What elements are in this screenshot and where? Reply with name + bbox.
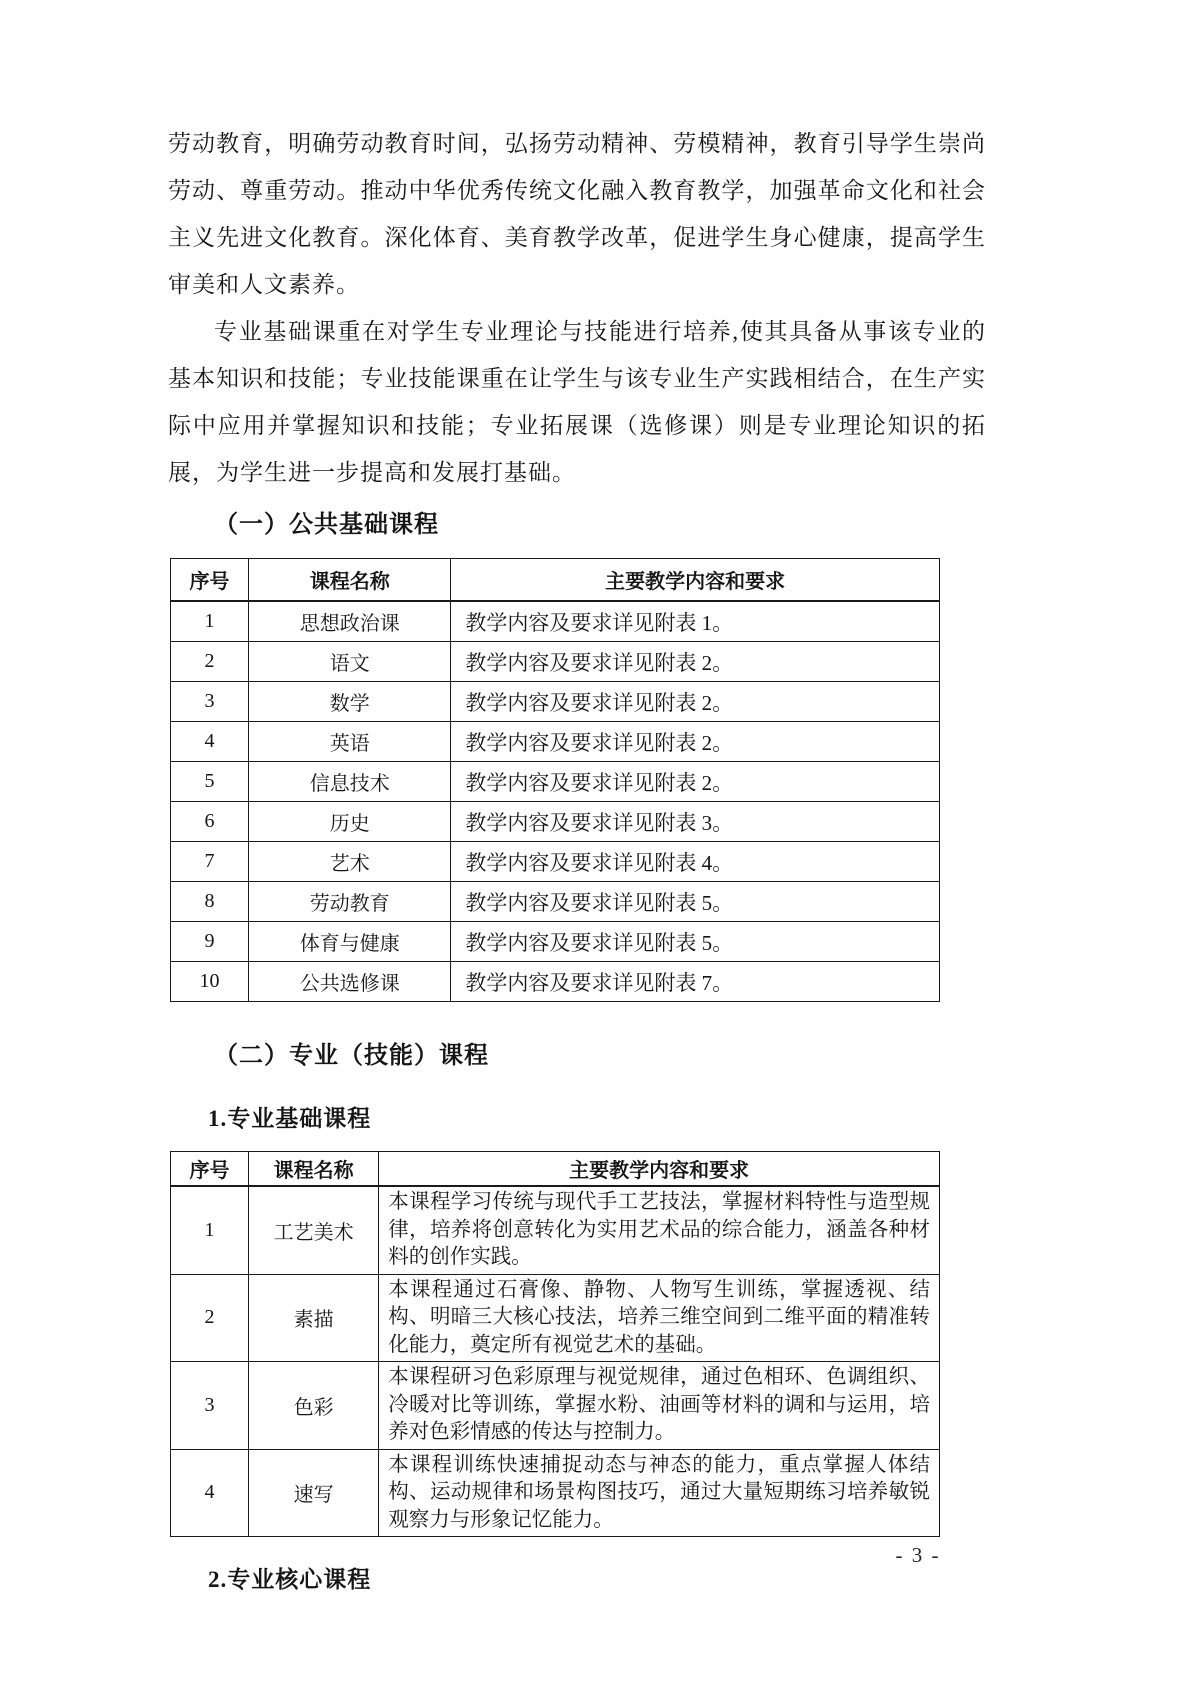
table-row: 3 色彩 本课程研习色彩原理与视觉规律，通过色相环、色调组织、冷暖对比等训练，掌… [171,1362,940,1450]
course-content: 教学内容及要求详见附表 1。 [451,601,940,642]
col-header-content: 主要教学内容和要求 [451,559,940,602]
col-header-course-name: 课程名称 [249,1152,379,1187]
course-index: 5 [171,762,249,802]
course-content: 教学内容及要求详见附表 7。 [451,962,940,1002]
course-content: 教学内容及要求详见附表 2。 [451,762,940,802]
course-index: 1 [171,601,249,642]
course-index: 2 [171,1274,249,1362]
paragraph-professional-courses: 专业基础课重在对学生专业理论与技能进行培养,使其具备从事该专业的基本知识和技能；… [168,308,986,496]
col-header-index: 序号 [171,559,249,602]
table-header: 序号 课程名称 主要教学内容和要求 [171,559,940,602]
course-content: 教学内容及要求详见附表 2。 [451,682,940,722]
course-content: 教学内容及要求详见附表 4。 [451,842,940,882]
course-index: 4 [171,1449,249,1537]
table-row: 8 劳动教育 教学内容及要求详见附表 5。 [171,882,940,922]
table-row: 2 素描 本课程通过石膏像、静物、人物写生训练，掌握透视、结构、明暗三大核心技法… [171,1274,940,1362]
table-row: 7 艺术 教学内容及要求详见附表 4。 [171,842,940,882]
table-row: 4 英语 教学内容及要求详见附表 2。 [171,722,940,762]
course-index: 8 [171,882,249,922]
table-row: 3 数学 教学内容及要求详见附表 2。 [171,682,940,722]
page-content: 劳动教育，明确劳动教育时间，弘扬劳动精神、劳模精神，教育引导学生崇尚劳动、尊重劳… [168,120,986,1599]
col-header-index: 序号 [171,1152,249,1187]
course-name: 思想政治课 [249,601,451,642]
course-content: 本课程通过石膏像、静物、人物写生训练，掌握透视、结构、明暗三大核心技法，培养三维… [379,1274,940,1362]
course-name: 色彩 [249,1362,379,1450]
course-index: 7 [171,842,249,882]
course-index: 6 [171,802,249,842]
section-heading-public-basic-courses: （一）公共基础课程 [168,505,986,545]
public-basic-courses-table: 序号 课程名称 主要教学内容和要求 1 思想政治课 教学内容及要求详见附表 1。… [170,558,940,1002]
table-row: 9 体育与健康 教学内容及要求详见附表 5。 [171,922,940,962]
page-number: - 3 - [868,1543,968,1568]
table-row: 1 工艺美术 本课程学习传统与现代手工艺技法，掌握材料特性与造型规律，培养将创意… [171,1186,940,1274]
table-row: 6 历史 教学内容及要求详见附表 3。 [171,802,940,842]
course-index: 1 [171,1186,249,1274]
course-index: 3 [171,682,249,722]
course-name: 素描 [249,1274,379,1362]
course-content: 教学内容及要求详见附表 5。 [451,882,940,922]
course-index: 10 [171,962,249,1002]
course-name: 数学 [249,682,451,722]
table-row: 10 公共选修课 教学内容及要求详见附表 7。 [171,962,940,1002]
professional-basic-courses-table: 序号 课程名称 主要教学内容和要求 1 工艺美术 本课程学习传统与现代手工艺技法… [170,1151,940,1537]
course-index: 3 [171,1362,249,1450]
course-content: 教学内容及要求详见附表 2。 [451,642,940,682]
course-name: 体育与健康 [249,922,451,962]
col-header-course-name: 课程名称 [249,559,451,602]
paragraph-labor-education: 劳动教育，明确劳动教育时间，弘扬劳动精神、劳模精神，教育引导学生崇尚劳动、尊重劳… [168,120,986,308]
course-name: 工艺美术 [249,1186,379,1274]
course-content: 本课程学习传统与现代手工艺技法，掌握材料特性与造型规律，培养将创意转化为实用艺术… [379,1186,940,1274]
course-name: 公共选修课 [249,962,451,1002]
course-index: 2 [171,642,249,682]
subsection-heading-professional-core-courses: 2.专业核心课程 [168,1561,986,1599]
section-heading-professional-skill-courses: （二）专业（技能）课程 [168,1036,986,1076]
table-header: 序号 课程名称 主要教学内容和要求 [171,1152,940,1187]
course-name: 速写 [249,1449,379,1537]
course-index: 9 [171,922,249,962]
course-name: 信息技术 [249,762,451,802]
course-name: 英语 [249,722,451,762]
subsection-heading-professional-basic-courses: 1.专业基础课程 [168,1100,986,1138]
table-row: 1 思想政治课 教学内容及要求详见附表 1。 [171,601,940,642]
course-name: 艺术 [249,842,451,882]
course-name: 语文 [249,642,451,682]
course-content: 教学内容及要求详见附表 3。 [451,802,940,842]
course-name: 劳动教育 [249,882,451,922]
course-index: 4 [171,722,249,762]
course-content: 本课程训练快速捕捉动态与神态的能力，重点掌握人体结构、运动规律和场景构图技巧，通… [379,1449,940,1537]
table-row: 5 信息技术 教学内容及要求详见附表 2。 [171,762,940,802]
table-row: 2 语文 教学内容及要求详见附表 2。 [171,642,940,682]
table-row: 4 速写 本课程训练快速捕捉动态与神态的能力，重点掌握人体结构、运动规律和场景构… [171,1449,940,1537]
course-content: 本课程研习色彩原理与视觉规律，通过色相环、色调组织、冷暖对比等训练，掌握水粉、油… [379,1362,940,1450]
course-content: 教学内容及要求详见附表 5。 [451,922,940,962]
course-name: 历史 [249,802,451,842]
col-header-content: 主要教学内容和要求 [379,1152,940,1187]
document-page: 劳动教育，明确劳动教育时间，弘扬劳动精神、劳模精神，教育引导学生崇尚劳动、尊重劳… [0,0,1191,1684]
course-content: 教学内容及要求详见附表 2。 [451,722,940,762]
